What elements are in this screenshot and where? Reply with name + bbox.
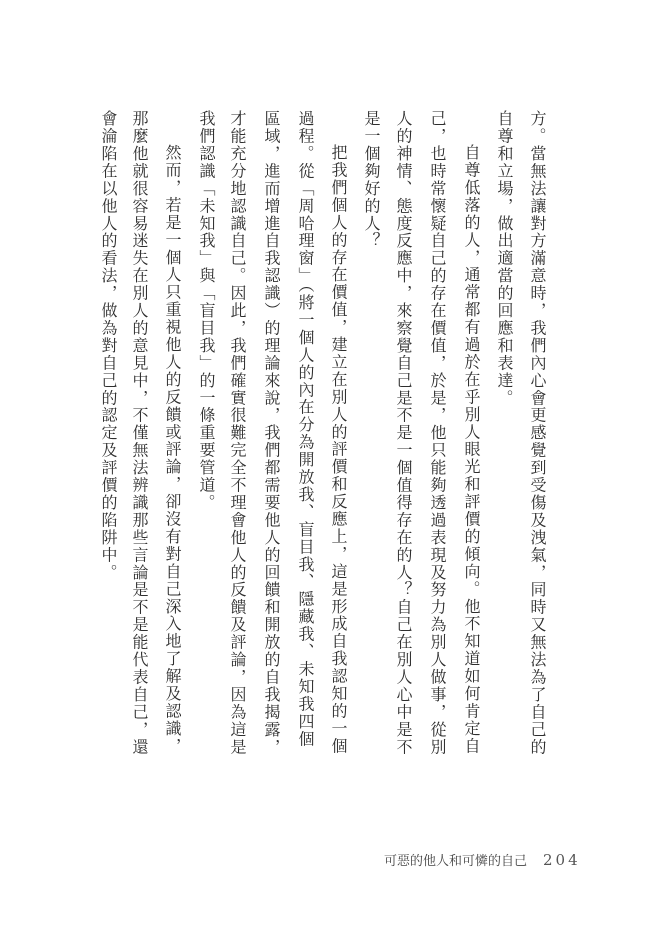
text-column-10: 才能充分地認識自己。因此，我們確實很難完全不理會他人的反饋及評論，因為這是 (227, 110, 247, 756)
text-column-9: 區域，進而增進自我認識）的理論來說，我們都需要他人的回饋和開放的自我揭露， (261, 110, 281, 756)
text-column-11: 我們認識「未知我」與「盲目我」的一條重要管道。 (196, 110, 216, 511)
text-column-14: 會淪陷在以他人的看法，做為對自己的認定及評價的陷阱中。 (98, 110, 118, 581)
text-column-3-paragraph-start: 自尊低落的人，通常都有過於在乎別人眼光和評價的傾向。他不知道如何肯定自 (461, 144, 481, 755)
text-column-1: 方。當無法讓對方滿意時，我們內心會更感覺到受傷及洩氣，同時又無法為了自己的 (527, 110, 547, 756)
page-number: 204 (543, 851, 581, 869)
book-page: 方。當無法讓對方滿意時，我們內心會更感覺到受傷及洩氣，同時又無法為了自己的 自尊… (0, 0, 663, 932)
running-title: 可惡的他人和可憐的自己 (384, 854, 527, 869)
text-column-5: 人的神情、態度反應中，來察覺自己是不是一個值得存在的人？自己在別人心中是不 (393, 110, 413, 756)
page-footer: 可惡的他人和可憐的自己204 (384, 850, 581, 869)
text-column-7-paragraph-start: 把我們個人的存在價值，建立在別人的評價和反應上，這是形成自我認知的一個 (328, 144, 348, 755)
text-column-4: 己，也時常懷疑自己的存在價值，於是，他只能夠透過表現及努力為別人做事，從別 (427, 110, 447, 756)
text-column-13: 那麼他就很容易迷失在別人的意見中，不僅無法辨識那些言論是不是能代表自己，還 (129, 110, 149, 756)
text-column-2: 自尊和立場，做出適當的回應和表達。 (494, 110, 514, 407)
text-column-6: 是一個夠好的人？ (361, 110, 381, 250)
text-column-8: 過程。從「周哈理窗」（將一個人的內在分為開放我、盲目我、隱藏我、未知我四個 (295, 110, 315, 748)
text-column-12-paragraph-start: 然而，若是一個人只重視他人的反饋或評論，卻沒有對自己深入地了解及認識， (162, 144, 182, 755)
